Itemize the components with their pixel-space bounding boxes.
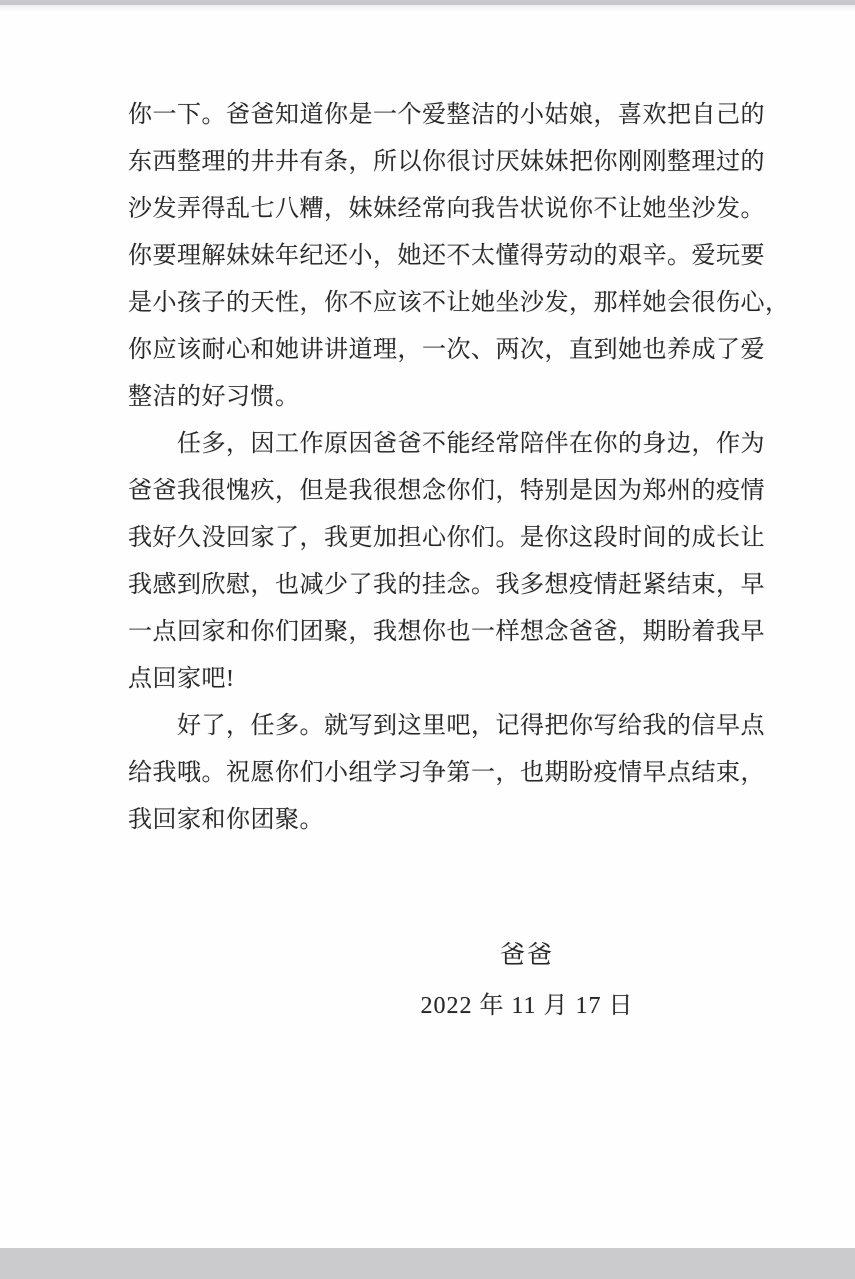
letter-line: 沙发弄得乱七八糟，妹妹经常向我告状说你不让她坐沙发。 xyxy=(128,186,750,233)
letter-line: 东西整理的井井有条，所以你很讨厌妹妹把你刚刚整理过的 xyxy=(128,139,750,186)
letter-line: 好了，任多。就写到这里吧，记得把你写给我的信早点 xyxy=(128,703,750,750)
letter-line: 整洁的好习惯。 xyxy=(128,374,750,421)
letter-line: 点回家吧! xyxy=(128,656,750,703)
letter-line: 一点回家和你们团聚，我想你也一样想念爸爸，期盼着我早 xyxy=(128,609,750,656)
letter-body: 你一下。爸爸知道你是一个爱整洁的小姑娘，喜欢把自己的东西整理的井井有条，所以你很… xyxy=(128,92,750,844)
letter-line: 爸爸我很愧疚，但是我很想念你们，特别是因为郑州的疫情 xyxy=(128,468,750,515)
signature: 爸爸 xyxy=(394,936,660,976)
letter-line: 任多，因工作原因爸爸不能经常陪伴在你的身边，作为 xyxy=(128,421,750,468)
letter-line: 我感到欣慰，也减少了我的挂念。我多想疫情赶紧结束，早 xyxy=(128,562,750,609)
letter-line: 我好久没回家了，我更加担心你们。是你这段时间的成长让 xyxy=(128,515,750,562)
signature-block: 爸爸 2022 年 11 月 17 日 xyxy=(394,936,660,1024)
scan-edge-top-fade xyxy=(0,5,855,11)
scanned-letter-page: 你一下。爸爸知道你是一个爱整洁的小姑娘，喜欢把自己的东西整理的井井有条，所以你很… xyxy=(0,0,855,1279)
letter-line: 你要理解妹妹年纪还小，她还不太懂得劳动的艰辛。爱玩要 xyxy=(128,233,750,280)
letter-date: 2022 年 11 月 17 日 xyxy=(394,988,660,1024)
letter-line: 你应该耐心和她讲讲道理，一次、两次，直到她也养成了爱 xyxy=(128,327,750,374)
letter-line: 是小孩子的天性，你不应该不让她坐沙发，那样她会很伤心， xyxy=(128,280,750,327)
letter-line: 给我哦。祝愿你们小组学习争第一，也期盼疫情早点结束， xyxy=(128,750,750,797)
letter-line: 我回家和你团聚。 xyxy=(128,797,750,844)
scan-edge-bottom xyxy=(0,1248,855,1279)
letter-line: 你一下。爸爸知道你是一个爱整洁的小姑娘，喜欢把自己的 xyxy=(128,92,750,139)
